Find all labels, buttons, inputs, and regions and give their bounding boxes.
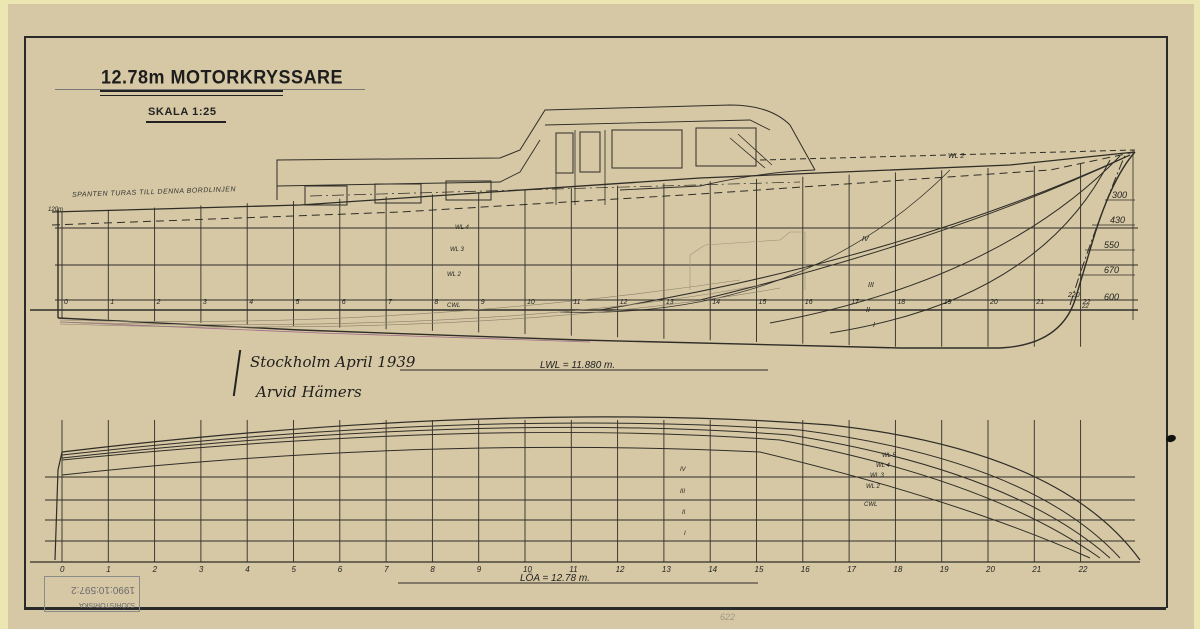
scale-underline xyxy=(146,121,226,123)
bow-offset-670: 670 xyxy=(1104,265,1119,275)
profile-station-9: 9 xyxy=(481,299,485,306)
bow-extra-220: 220 xyxy=(1068,292,1080,299)
plan-station-2: 2 xyxy=(153,565,157,574)
profile-buttock-3: III xyxy=(868,282,874,289)
profile-station-17: 17 xyxy=(851,299,859,306)
title-underline xyxy=(100,90,283,96)
lwl-dimension: LWL = 11.880 m. xyxy=(540,360,615,371)
plan-wl-5: WL 5 xyxy=(882,453,896,459)
plan-station-14: 14 xyxy=(708,565,717,574)
plan-station-5: 5 xyxy=(292,565,296,574)
plan-station-3: 3 xyxy=(199,565,203,574)
profile-station-0: 0 xyxy=(64,299,68,306)
loa-dimension: LÖA = 12.78 m. xyxy=(520,573,590,584)
plan-station-15: 15 xyxy=(755,565,764,574)
plan-station-12: 12 xyxy=(616,565,625,574)
profile-station-7: 7 xyxy=(388,299,392,306)
profile-buttock-4: IV xyxy=(862,236,869,243)
plan-buttock-4: IV xyxy=(680,467,686,473)
profile-station-14: 14 xyxy=(712,299,720,306)
archive-stamp-number: 1990:10:597:2 xyxy=(71,584,135,595)
signature-place-date: Stockholm April 1939 xyxy=(250,353,415,371)
stem-top-height: 120m xyxy=(48,207,63,213)
plan-station-19: 19 xyxy=(940,565,949,574)
profile-wl-4: WL 4 xyxy=(455,225,469,231)
plan-buttock-2: II xyxy=(682,510,685,516)
plan-station-17: 17 xyxy=(847,565,856,574)
plan-wl-3: WL 3 xyxy=(870,473,884,479)
plan-view xyxy=(30,417,1140,583)
plan-station-16: 16 xyxy=(801,565,810,574)
plan-station-6: 6 xyxy=(338,565,342,574)
plan-station-1: 1 xyxy=(106,565,110,574)
signature-name: Arvid Hämers xyxy=(256,383,362,401)
profile-station-22: 22 xyxy=(1083,299,1091,306)
plan-station-18: 18 xyxy=(893,565,902,574)
profile-station-11: 11 xyxy=(573,299,580,306)
profile-station-6: 6 xyxy=(342,299,346,306)
profile-station-8: 8 xyxy=(434,299,438,306)
profile-station-20: 20 xyxy=(990,299,998,306)
plan-wl-2: WL 2 xyxy=(866,484,880,490)
deck-marker-label: WL 2 xyxy=(948,153,964,160)
profile-station-1: 1 xyxy=(110,299,114,306)
plan-buttock-3: III xyxy=(680,489,685,495)
profile-station-2: 2 xyxy=(157,299,161,306)
plan-station-4: 4 xyxy=(245,565,249,574)
plan-station-7: 7 xyxy=(384,565,388,574)
plan-station-21: 21 xyxy=(1032,565,1041,574)
profile-wl-cwl: CWL xyxy=(447,303,460,309)
bow-offset-550: 550 xyxy=(1104,240,1119,250)
profile-station-5: 5 xyxy=(296,299,300,306)
bow-offset-600: 600 xyxy=(1104,292,1119,302)
archive-stamp: SJÖHISTORISKA 1990:10:597:2 xyxy=(44,576,140,612)
plan-station-20: 20 xyxy=(986,565,995,574)
plan-wl-4: WL 4 xyxy=(876,463,890,469)
profile-station-12: 12 xyxy=(620,299,628,306)
bow-offset-430: 430 xyxy=(1110,215,1125,225)
profile-station-3: 3 xyxy=(203,299,207,306)
plan-station-10: 10 xyxy=(523,565,532,574)
plan-buttock-1: I xyxy=(684,531,686,537)
profile-wl-2: WL 2 xyxy=(447,272,461,278)
profile-station-10: 10 xyxy=(527,299,535,306)
plan-cwl: CWL xyxy=(864,502,877,508)
profile-station-18: 18 xyxy=(897,299,905,306)
archive-stamp-line1: SJÖHISTORISKA xyxy=(79,601,135,608)
plan-station-11: 11 xyxy=(569,565,577,574)
plan-station-13: 13 xyxy=(662,565,671,574)
bottom-pencil-note: 622 xyxy=(720,612,735,622)
drawing-title: 12.78m MOTORKRYSSARE xyxy=(101,66,343,89)
bow-offset-300: 300 xyxy=(1112,190,1127,200)
profile-wl-3: WL 3 xyxy=(450,247,464,253)
profile-buttock-2: II xyxy=(866,307,870,314)
profile-station-16: 16 xyxy=(805,299,813,306)
drawing-scale: SKALA 1:25 xyxy=(148,106,217,118)
plan-station-8: 8 xyxy=(430,565,434,574)
plan-station-22: 22 xyxy=(1079,565,1088,574)
plan-station-9: 9 xyxy=(477,565,481,574)
plan-station-0: 0 xyxy=(60,565,64,574)
profile-station-4: 4 xyxy=(249,299,253,306)
profile-buttock-1: I xyxy=(873,322,875,329)
profile-station-21: 21 xyxy=(1036,299,1044,306)
profile-station-13: 13 xyxy=(666,299,674,306)
profile-station-19: 19 xyxy=(944,299,952,306)
profile-view xyxy=(30,105,1138,370)
profile-station-15: 15 xyxy=(759,299,767,306)
